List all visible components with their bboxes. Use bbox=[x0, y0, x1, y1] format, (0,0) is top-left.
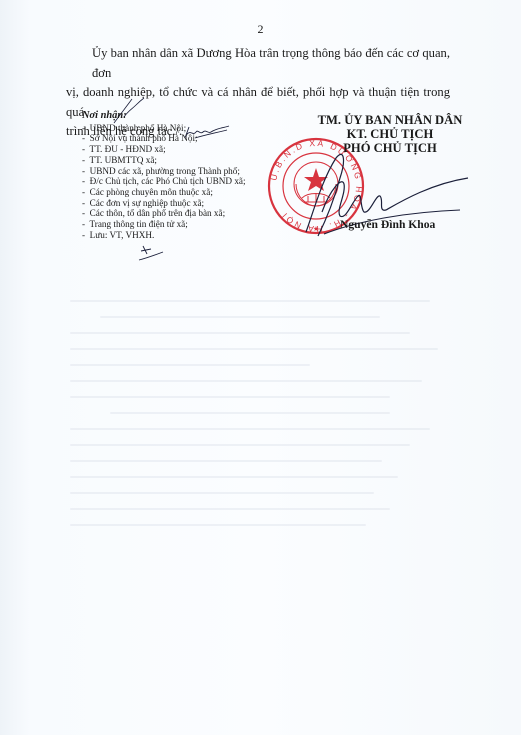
body-line-1: Ủy ban nhân dân xã Dương Hòa trân trọng … bbox=[66, 44, 450, 83]
recipients-block: Nơi nhận: UBND thành phố Hà Nội; Sở Nội … bbox=[82, 110, 282, 240]
recipient-item: UBND thành phố Hà Nội; bbox=[82, 123, 282, 134]
signature-title-line-1: TM. ỦY BAN NHÂN DÂN bbox=[300, 113, 480, 127]
page-number: 2 bbox=[0, 22, 521, 37]
recipient-item: Đ/c Chủ tịch, các Phó Chủ tịch UBND xã; bbox=[82, 176, 282, 187]
recipient-item: Sở Nội vụ thành phố Hà Nội; bbox=[82, 133, 282, 144]
document-page: 2 Ủy ban nhân dân xã Dương Hòa trân trọn… bbox=[0, 0, 521, 735]
bleed-through-shadow bbox=[70, 300, 470, 540]
recipient-item: Các thôn, tổ dân phố trên địa bàn xã; bbox=[82, 208, 282, 219]
recipients-heading: Nơi nhận: bbox=[82, 111, 127, 122]
recipients-list: UBND thành phố Hà Nội; Sở Nội vụ thành p… bbox=[82, 123, 282, 241]
recipient-item: Lưu: VT, VHXH. bbox=[82, 230, 282, 241]
signer-name: Nguyễn Đình Khoa bbox=[340, 218, 440, 231]
recipient-item: UBND các xã, phường trong Thành phố; bbox=[82, 166, 282, 177]
recipient-item: TT. UBMTTQ xã; bbox=[82, 155, 282, 166]
signature-title-line-2: KT. CHỦ TỊCH bbox=[300, 127, 480, 141]
signature-title-block: TM. ỦY BAN NHÂN DÂN KT. CHỦ TỊCH PHÓ CHỦ… bbox=[300, 113, 480, 155]
recipient-item: TT. ĐU - HĐND xã; bbox=[82, 144, 282, 155]
clerk-mark-icon bbox=[135, 242, 165, 264]
recipient-item: Các đơn vị sự nghiệp thuộc xã; bbox=[82, 198, 282, 209]
recipient-item: Trang thông tin điện tử xã; bbox=[82, 219, 282, 230]
recipient-item: Các phòng chuyên môn thuộc xã; bbox=[82, 187, 282, 198]
